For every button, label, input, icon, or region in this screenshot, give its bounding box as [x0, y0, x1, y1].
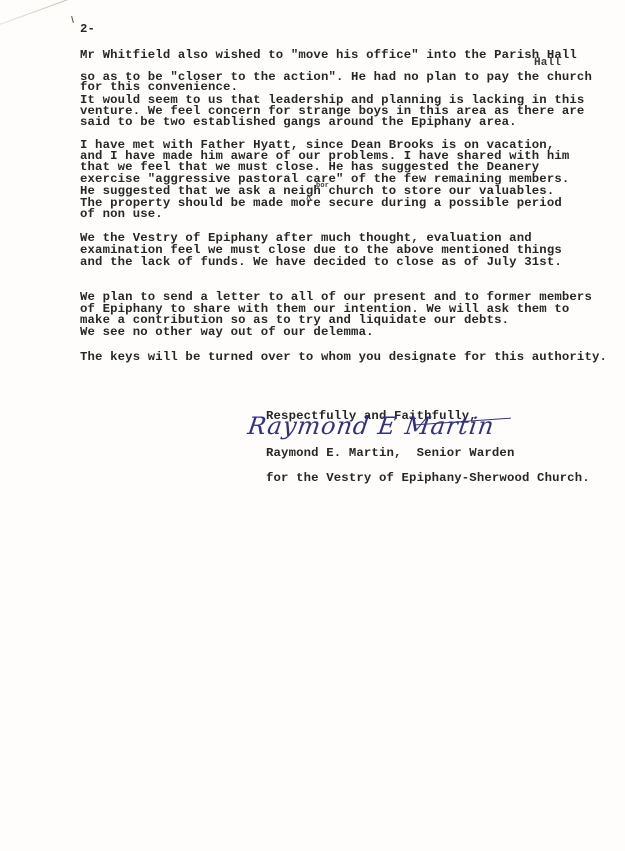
- body-line: The keys will be turned over to whom you…: [80, 352, 607, 364]
- page-number: 2-: [80, 24, 95, 36]
- signer-organization: for the Vestry of Epiphany-Sherwood Chur…: [266, 473, 590, 485]
- body-line: said to be two established gangs around …: [80, 117, 517, 129]
- insertion-caret: ^: [306, 195, 312, 207]
- body-line: of non use.: [80, 209, 163, 221]
- letter-body: 2- Mr Whitfield also wished to "move his…: [80, 0, 110, 483]
- signer-name-title: Raymond E. Martin, Senior Warden: [266, 448, 514, 460]
- paper-mark: [71, 16, 74, 23]
- body-line: and the lack of funds. We have decided t…: [80, 257, 562, 269]
- handwritten-signature: Raymond E Martin: [246, 412, 496, 440]
- hall-overstrike-correction: Hall: [534, 58, 561, 69]
- body-line: Mr Whitfield also wished to "move his of…: [80, 50, 577, 62]
- body-line: for this convenience.: [80, 82, 238, 94]
- letter-page: 2- Mr Whitfield also wished to "move his…: [0, 0, 625, 851]
- handwritten-insertion: bor: [316, 181, 329, 193]
- body-line: We see no other way out of our delemma.: [80, 327, 374, 339]
